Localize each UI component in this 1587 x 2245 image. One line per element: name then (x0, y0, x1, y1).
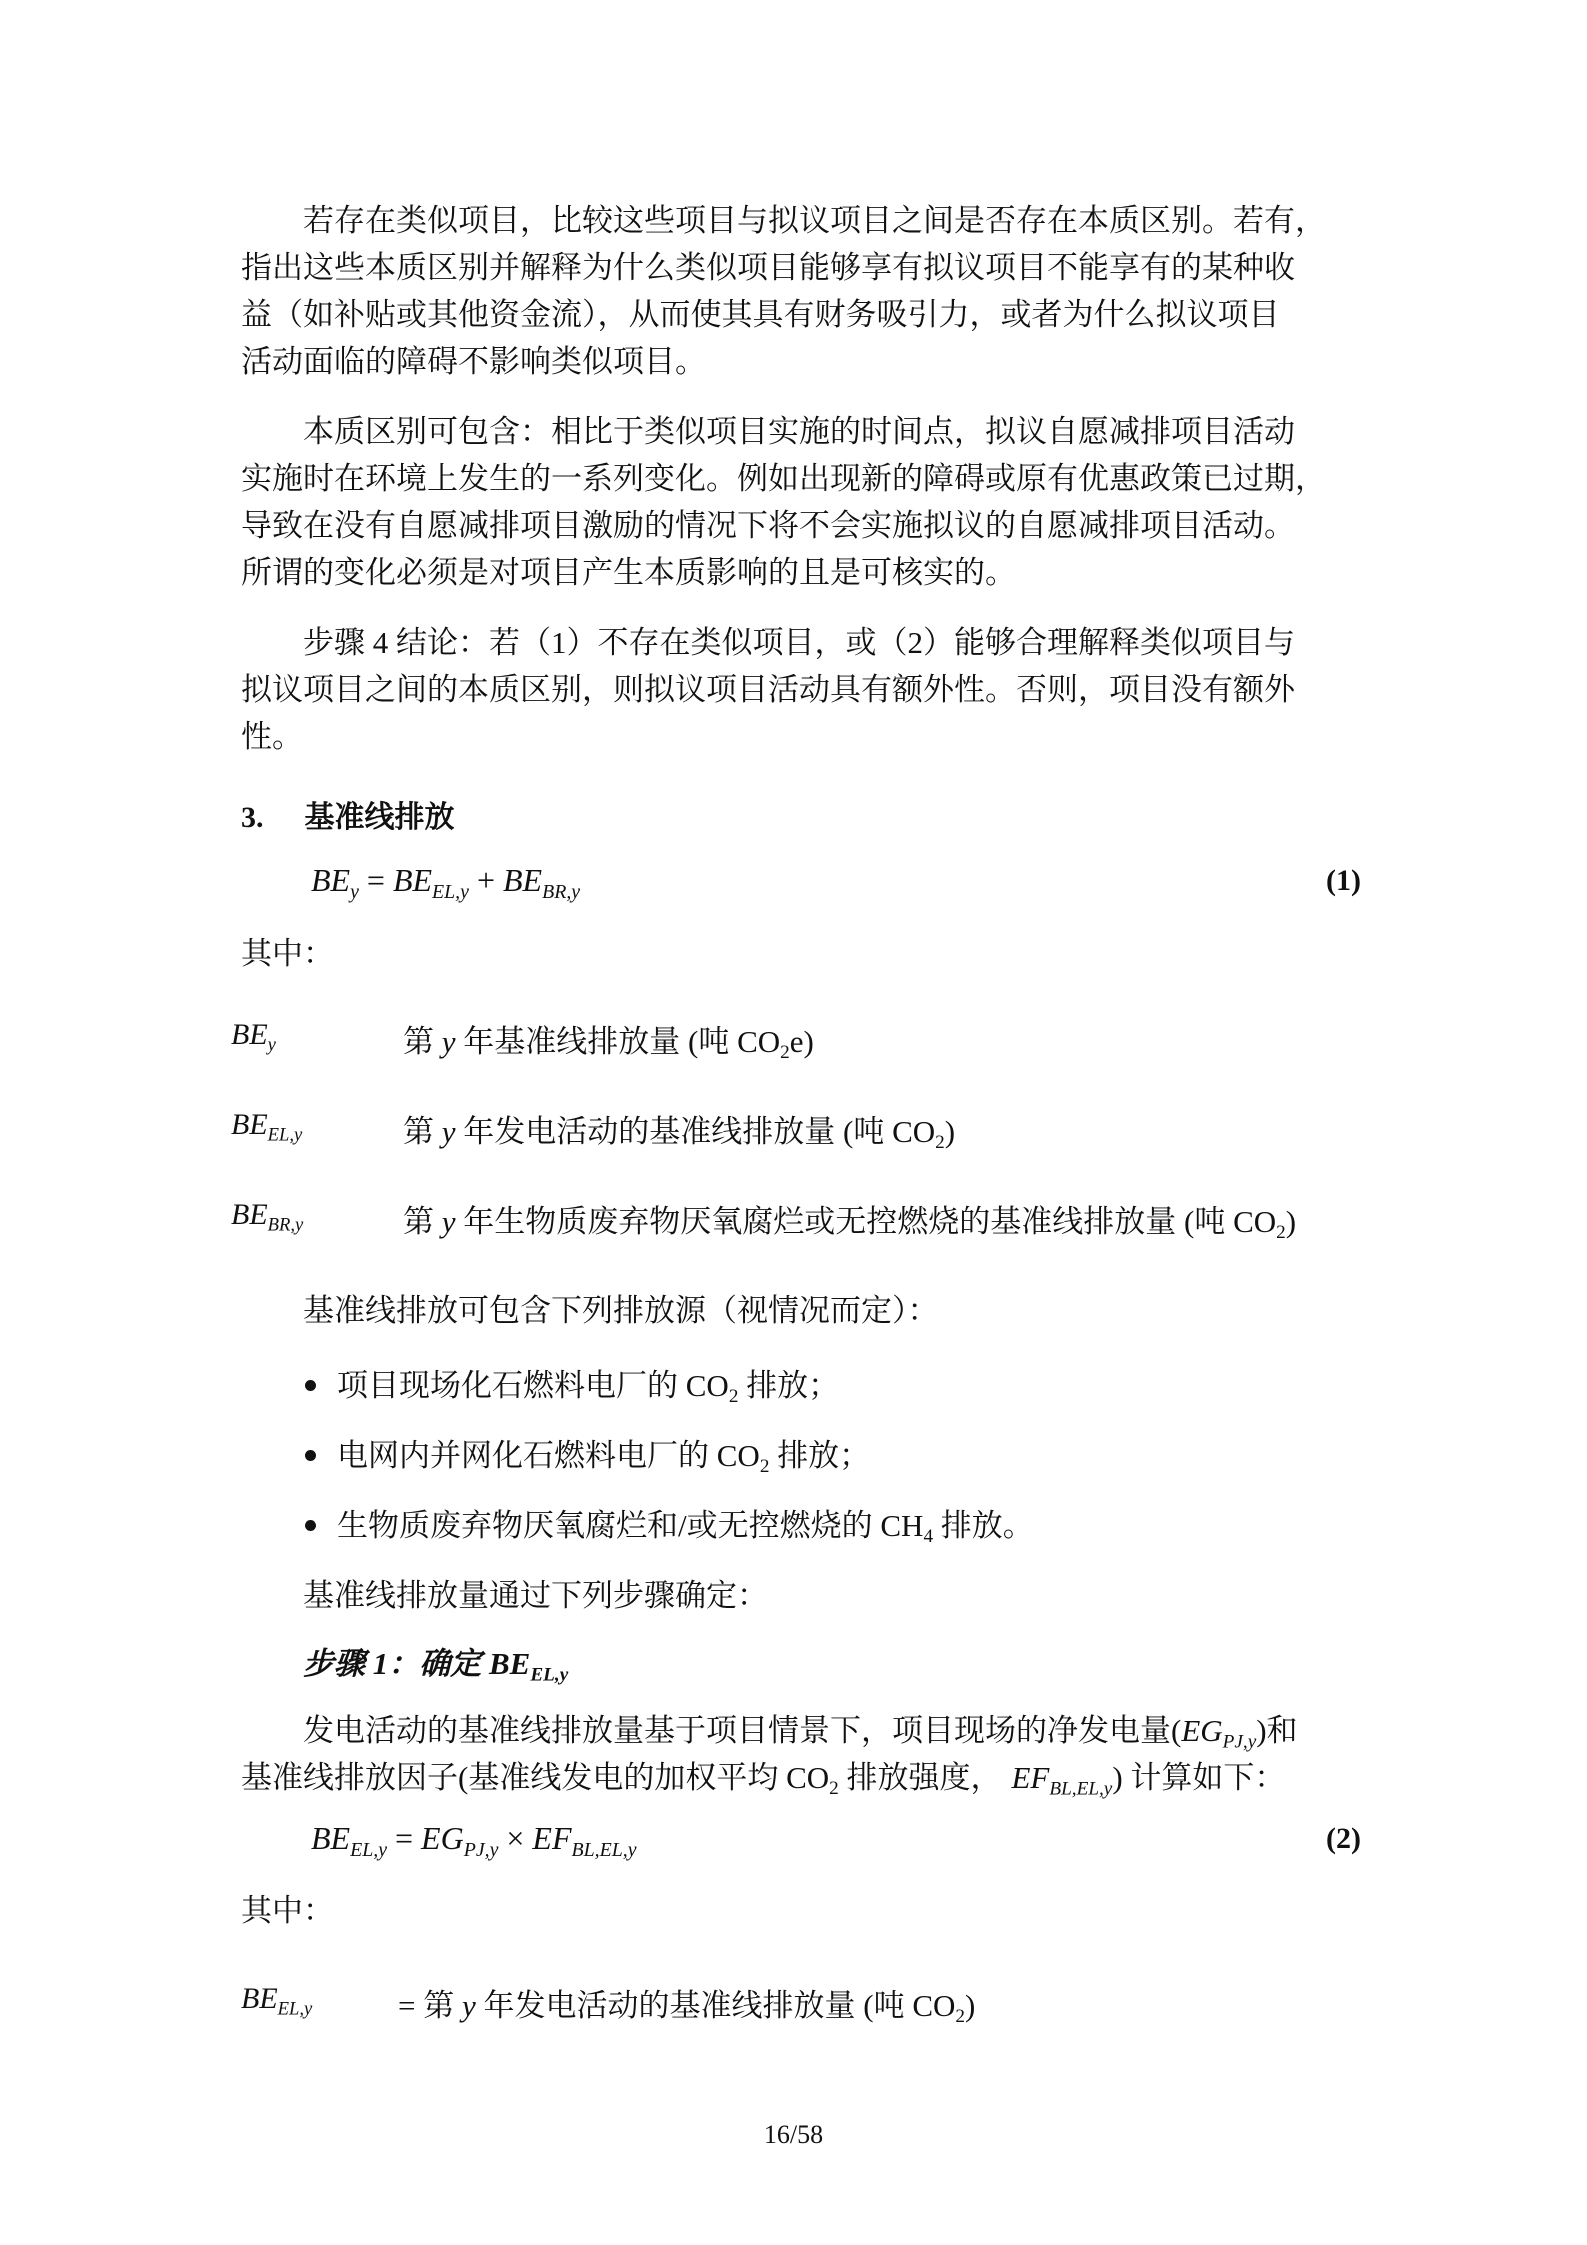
eq-operator: = (387, 1820, 421, 1856)
paragraph-line: 基准线排放因子(基准线发电的加权平均 CO2 排放强度，EFBL,EL,y) 计… (241, 1752, 1285, 1801)
document-page: 若存在类似项目，比较这些项目与拟议项目之间是否存在本质区别。若有， 指出这些本质… (0, 0, 1587, 2245)
variable: EF (1012, 1760, 1050, 1795)
desc-variable: y (442, 1024, 456, 1059)
bullet-item: 电网内并网化石燃料电厂的 CO2 排放； (337, 1430, 870, 1478)
desc-subscript: 2 (1276, 1222, 1286, 1243)
definition-term: BEEL,y (231, 1108, 302, 1147)
bullet-icon (305, 1520, 316, 1531)
text: 发电活动的基准线排放量基于项目情景下，项目现场的净发电量( (303, 1713, 1181, 1748)
definition-description: = 第 y 年发电活动的基准线排放量 (吨 CO2) (398, 1980, 975, 2028)
paragraph-line: 发电活动的基准线排放量基于项目情景下，项目现场的净发电量(EGPJ,y)和 (303, 1705, 1298, 1754)
equation-2: BEEL,y = EGPJ,y × EFBL,EL,y (311, 1820, 637, 1862)
bullet-text: 排放。 (933, 1508, 1034, 1543)
eq-subscript: EL,y (350, 1839, 387, 1861)
term-subscript: y (268, 1035, 276, 1056)
variable-subscript: PJ,y (1223, 1732, 1257, 1753)
desc-text: 第 (403, 1204, 442, 1239)
paragraph-step4-conclusion: 步骤 4 结论：若（1）不存在类似项目，或（2）能够合理解释类似项目与 拟议项目… (241, 619, 1361, 760)
definition-description: 第 y 年基准线排放量 (吨 CO2e) (403, 1016, 814, 1064)
term-subscript: EL,y (268, 1125, 303, 1146)
text-line: 若存在类似项目，比较这些项目与拟议项目之间是否存在本质区别。若有， (241, 197, 1361, 244)
term-text: BE (241, 1982, 278, 2015)
text-line: 性。 (241, 713, 1361, 760)
bullet-icon (305, 1380, 316, 1391)
eq-subscript: EL,y (432, 881, 469, 903)
desc-variable: y (442, 1204, 456, 1239)
desc-variable: y (442, 1114, 456, 1149)
text: ) 计算如下： (1112, 1760, 1285, 1795)
desc-text: 年基准线排放量 (吨 CO (456, 1024, 781, 1059)
desc-text: 年发电活动的基准线排放量 (吨 CO (476, 1988, 956, 2023)
bullet-text: 排放； (769, 1438, 870, 1473)
desc-text: e) (790, 1024, 814, 1059)
eq-operator: × (498, 1820, 532, 1856)
term-text: BE (231, 1108, 268, 1141)
desc-text: 年生物质废弃物厌氧腐烂或无控燃烧的基准线排放量 (吨 CO (456, 1204, 1277, 1239)
desc-subscript: 2 (955, 2006, 965, 2027)
bullet-text: 电网内并网化石燃料电厂的 CO (337, 1438, 760, 1473)
desc-subscript: 2 (780, 1042, 790, 1063)
eq-term: BE (393, 862, 432, 898)
text-line: 步骤 4 结论：若（1）不存在类似项目，或（2）能够合理解释类似项目与 (241, 619, 1361, 666)
desc-text: ) (1286, 1204, 1296, 1239)
section-number: 3. (241, 801, 264, 834)
equation-number: (1) (1326, 864, 1361, 898)
text-line: 活动面临的障碍不影响类似项目。 (241, 338, 1361, 385)
bullet-subscript: 2 (729, 1386, 739, 1407)
steps-intro: 基准线排放量通过下列步骤确定： (303, 1570, 768, 1615)
term-subscript: BR,y (268, 1215, 304, 1236)
desc-variable: y (462, 1988, 476, 2023)
page-number: 16/58 (0, 2120, 1587, 2150)
definition-term: BEBR,y (231, 1198, 303, 1237)
bullet-subscript: 4 (923, 1526, 933, 1547)
bullet-icon (305, 1450, 316, 1461)
definition-term: BEy (231, 1018, 276, 1057)
eq-term: BE (311, 1820, 350, 1856)
eq-subscript: y (350, 881, 359, 903)
eq-subscript: BL,EL,y (572, 1839, 637, 1861)
step-title-variable: BE (489, 1646, 530, 1681)
bullet-subscript: 2 (760, 1456, 770, 1477)
eq-term: BE (503, 862, 542, 898)
text: )和 (1256, 1713, 1297, 1748)
text-line: 导致在没有自愿减排项目激励的情况下将不会实施拟议的自愿减排项目活动。 (241, 502, 1361, 549)
eq-subscript: PJ,y (464, 1839, 499, 1861)
bullet-text: 排放； (738, 1368, 839, 1403)
step-title-subscript: EL,y (530, 1665, 568, 1686)
variable: EG (1181, 1713, 1222, 1748)
subscript: 2 (829, 1778, 839, 1799)
text: 排放强度， (839, 1760, 1002, 1795)
equals-sign: = (398, 1988, 423, 2023)
desc-subscript: 2 (935, 1132, 945, 1153)
eq-operator: = (359, 862, 393, 898)
desc-text: 年发电活动的基准线排放量 (吨 CO (456, 1114, 936, 1149)
paragraph-essential-differences: 本质区别可包含：相比于类似项目实施的时间点，拟议自愿减排项目活动 实施时在环境上… (241, 408, 1361, 596)
section-title: 基准线排放 (305, 801, 455, 834)
section-heading: 3. 基准线排放 (241, 792, 455, 836)
desc-text: 第 (403, 1024, 442, 1059)
bullet-item: 项目现场化石燃料电厂的 CO2 排放； (337, 1360, 839, 1408)
text-line: 本质区别可包含：相比于类似项目实施的时间点，拟议自愿减排项目活动 (241, 408, 1361, 455)
bullet-text: 生物质废弃物厌氧腐烂和/或无控燃烧的 CH (337, 1508, 923, 1543)
desc-text: 第 (403, 1114, 442, 1149)
desc-text: ) (945, 1114, 955, 1149)
text-line: 指出这些本质区别并解释为什么类似项目能够享有拟议项目不能享有的某种收 (241, 244, 1361, 291)
eq-operator: + (469, 862, 503, 898)
eq-subscript: BR,y (542, 881, 580, 903)
text-line: 拟议项目之间的本质区别，则拟议项目活动具有额外性。否则，项目没有额外 (241, 666, 1361, 713)
definition-description: 第 y 年生物质废弃物厌氧腐烂或无控燃烧的基准线排放量 (吨 CO2) (403, 1196, 1296, 1244)
where-label: 其中： (241, 928, 334, 973)
definition-description: 第 y 年发电活动的基准线排放量 (吨 CO2) (403, 1106, 955, 1154)
desc-text: ) (965, 1988, 975, 2023)
sources-intro: 基准线排放可包含下列排放源（视情况而定）： (303, 1285, 939, 1330)
term-text: BE (231, 1198, 268, 1231)
desc-text: 第 (423, 1988, 462, 2023)
variable-subscript: BL,EL,y (1049, 1779, 1112, 1800)
definition-term: BEEL,y (241, 1982, 312, 2021)
term-text: BE (231, 1018, 268, 1051)
eq-term: EF (532, 1820, 571, 1856)
bullet-item: 生物质废弃物厌氧腐烂和/或无控燃烧的 CH4 排放。 (337, 1500, 1034, 1548)
text-line: 实施时在环境上发生的一系列变化。例如出现新的障碍或原有优惠政策已过期， (241, 455, 1361, 502)
step1-title: 步骤 1：确定 BEEL,y (303, 1638, 568, 1687)
text-line: 益（如补贴或其他资金流），从而使其具有财务吸引力，或者为什么拟议项目 (241, 291, 1361, 338)
where-label: 其中： (241, 1885, 334, 1930)
eq-term: EG (421, 1820, 464, 1856)
equation-number: (2) (1326, 1822, 1361, 1856)
eq-term: BE (311, 862, 350, 898)
bullet-text: 项目现场化石燃料电厂的 CO (337, 1368, 729, 1403)
equation-1: BEy = BEEL,y + BEBR,y (311, 862, 580, 904)
text-line: 所谓的变化必须是对项目产生本质影响的且是可核实的。 (241, 549, 1361, 596)
paragraph-similar-projects: 若存在类似项目，比较这些项目与拟议项目之间是否存在本质区别。若有， 指出这些本质… (241, 197, 1361, 385)
term-subscript: EL,y (278, 1999, 313, 2020)
step-title-text: 步骤 1：确定 (303, 1646, 489, 1681)
text: 基准线排放因子(基准线发电的加权平均 CO (241, 1760, 829, 1795)
